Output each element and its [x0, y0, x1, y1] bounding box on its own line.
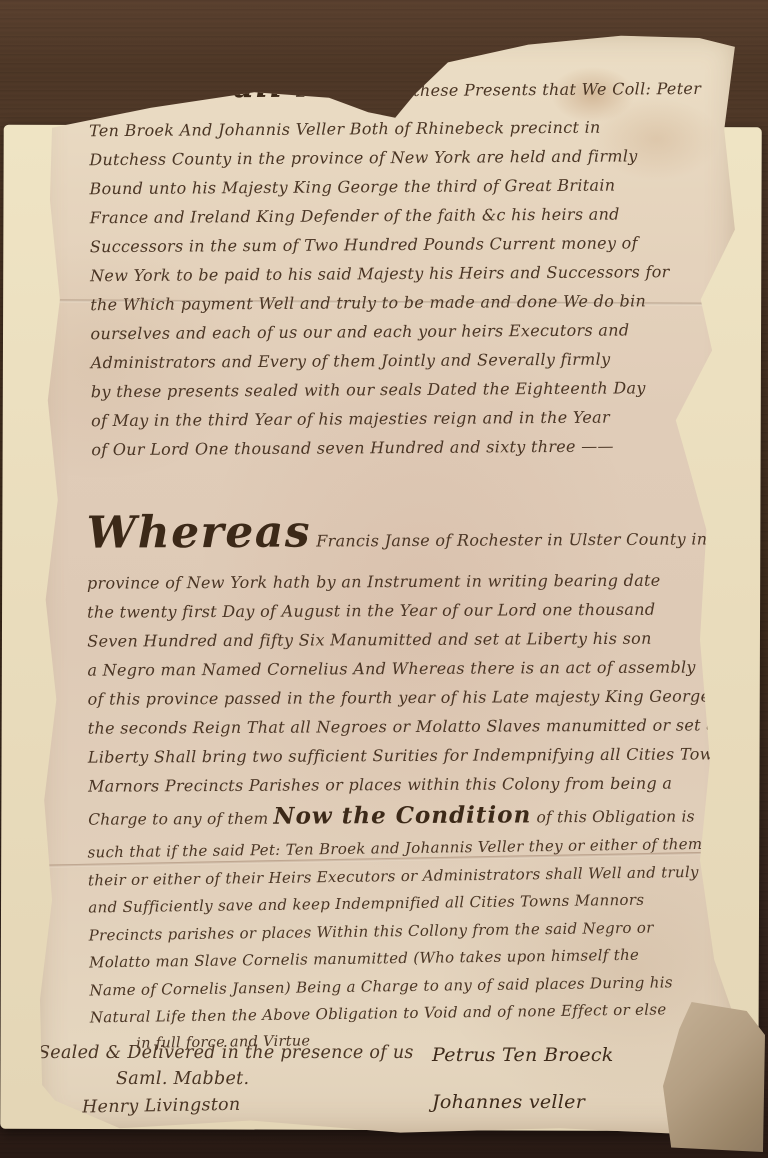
condition-pre: Charge to any of them — [88, 810, 273, 829]
document-line: Bound unto his Majesty King George the t… — [89, 170, 719, 203]
whereas-paragraph: Whereas Francis Janse of Rochester in Ul… — [87, 504, 730, 1053]
document-line: Know all Men by these Presents that We C… — [89, 60, 719, 116]
condition-emphasis: Now the Condition — [273, 801, 531, 829]
document-line: Marnors Precincts Parishes or places wit… — [88, 768, 728, 800]
document-line: Liberty Shall bring two sufficient Surit… — [88, 739, 728, 771]
document-line: Ten Broek And Johannis Veller Both of Rh… — [89, 112, 719, 145]
document-line: of May in the third Year of his majestie… — [91, 402, 721, 435]
document-line: ourselves and each of us our and each yo… — [90, 315, 720, 348]
document-line: by these Presents that We Coll: Peter — [388, 79, 701, 100]
document-line: the twenty first Day of August in the Ye… — [87, 594, 727, 626]
document-line: Dutchess County in the province of New Y… — [89, 141, 719, 174]
opening-lead: Know all Men — [111, 65, 383, 106]
document-line: by these presents sealed with our seals … — [91, 373, 721, 406]
whereas-lead: Whereas — [87, 507, 312, 559]
document-line: a Negro man Named Cornelius And Whereas … — [87, 652, 727, 684]
condition-body: such that if the said Pet: Ten Broek and… — [87, 831, 730, 1056]
photo-scene: Know all Men by these Presents that We C… — [0, 0, 768, 1158]
signature-block: Sealed & Delivered in the presence of us… — [38, 1040, 712, 1126]
document-line: the seconds Reign That all Negroes or Mo… — [88, 710, 728, 742]
witness-signature: Saml. Mabbet. — [38, 1066, 414, 1092]
document-line: the Which payment Well and truly to be m… — [90, 286, 720, 319]
document-line: Francis Janse of Rochester in Ulster Cou… — [316, 529, 740, 550]
ink-blot — [109, 54, 157, 90]
document-line: province of New York hath by an Instrume… — [87, 565, 727, 597]
document-line: Whereas Francis Janse of Rochester in Ul… — [87, 504, 727, 568]
document-paper: Know all Men by these Presents that We C… — [30, 28, 742, 1136]
condition-line: Charge to any of them Now the Condition … — [88, 797, 728, 836]
witness-signature: Henry Livingston — [38, 1089, 414, 1122]
document-line: Seven Hundred and fifty Six Manumitted a… — [87, 623, 727, 655]
document-line: of Our Lord One thousand seven Hundred a… — [91, 431, 721, 464]
document-line: Administrators and Every of them Jointly… — [91, 344, 721, 377]
opening-paragraph: Know all Men by these Presents that We C… — [89, 60, 722, 464]
document-line: France and Ireland King Defender of the … — [90, 199, 720, 232]
witness-statement: Sealed & Delivered in the presence of us — [38, 1040, 414, 1066]
document-line: Successors in the sum of Two Hundred Pou… — [90, 228, 720, 261]
witness-column: Sealed & Delivered in the presence of us… — [38, 1040, 414, 1126]
condition-post: of this Obligation is — [531, 807, 695, 826]
document-line: of this province passed in the fourth ye… — [88, 681, 728, 713]
document-line: New York to be paid to his said Majesty … — [90, 257, 720, 290]
